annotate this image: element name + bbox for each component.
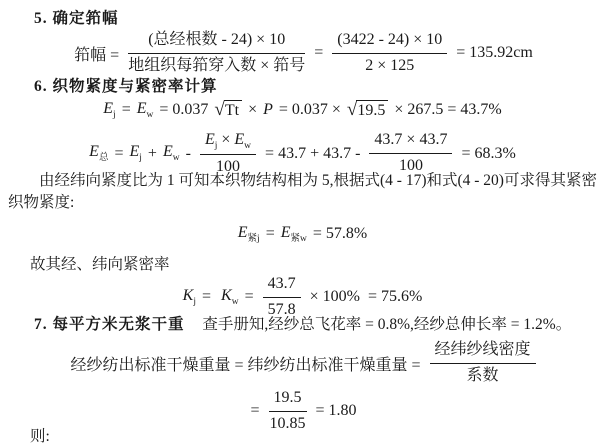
dry-weight-lhs: 经纱纺出标准干燥重量 = 纬纱纺出标准干燥重量 = (70, 352, 420, 375)
variable-K: K (221, 287, 232, 304)
paragraph-line1: 由经纬向紧度比为 1 可知本织物结构相为 5,根据式(4 - 17)和式(4 -… (39, 172, 597, 189)
structure-phase-paragraph: 由经纬向紧度比为 1 可知本织物结构相为 5,根据式(4 - 17)和式(4 -… (8, 170, 603, 214)
equals-sign: = (202, 288, 211, 306)
denominator: 10.85 (269, 412, 307, 435)
sqrt-Tt: √Tt (214, 100, 242, 120)
times-sign: × (248, 101, 257, 119)
variable-E: E (234, 131, 244, 148)
subscript-w: w (173, 154, 180, 164)
reed-width-symbolic-fraction: (总经根数 - 24) × 10 地组织每筘穿入数 × 筘号 (128, 30, 305, 77)
compactness-label: 故其经、纬向紧密率 (30, 252, 170, 274)
term-Kj: Kj (183, 287, 196, 308)
numerator: 43.7 × 43.7 (369, 130, 452, 154)
equals-sign: = (245, 288, 254, 306)
density-fraction: 经纬纱线密度 系数 (430, 340, 536, 387)
numerator: 43.7 (263, 274, 301, 298)
variable-E: E (89, 143, 99, 160)
subscript-j: j (113, 110, 116, 120)
compact-tightness-formula: E紧j = E紧w = 57.8% (0, 224, 607, 245)
denominator: 2 × 125 (332, 54, 447, 77)
tightness-formula: Ej = Ew = 0.037 √Tt × P = 0.037 × √19.5 … (0, 100, 607, 121)
equals-sign: = (114, 145, 123, 163)
term-Ew: Ew (137, 100, 154, 121)
coefficient: = 0.037 (159, 101, 208, 119)
term-Ezong: E总 (89, 143, 108, 164)
subscript-w: w (147, 110, 154, 120)
section7-intro: 查手册知,经纱总飞花率 = 0.8%,经纱总伸长率 = 1.2%。 (202, 316, 571, 333)
subscript-jin-w: 紧w (291, 234, 307, 244)
numeric-fraction: 19.5 10.85 (269, 388, 307, 435)
subscript-j: j (139, 154, 142, 164)
minus-sign: - (186, 145, 191, 163)
numeric-middle: = 43.7 + 43.7 - (265, 145, 360, 163)
times-sign: × (217, 131, 234, 148)
variable-E: E (130, 143, 140, 160)
subscript-jin-j: 紧j (248, 234, 260, 244)
reed-width-numeric-fraction: (3422 - 24) × 10 2 × 125 (332, 30, 447, 77)
variable-E: E (163, 143, 173, 160)
compact-result: = 57.8% (313, 225, 367, 243)
numerator: Ej × Ew (200, 130, 256, 155)
dry-weight-formula: 经纱纺出标准干燥重量 = 纬纱纺出标准干燥重量 = 经纬纱线密度 系数 (0, 340, 607, 387)
radicand: Tt (224, 100, 242, 120)
paragraph-line2: 织物紧度: (8, 194, 74, 211)
plus-sign: + (148, 145, 157, 163)
numerator: (3422 - 24) × 10 (332, 30, 447, 54)
variable-E: E (238, 224, 248, 241)
numerator: 19.5 (269, 388, 307, 412)
section6-heading: 6. 织物紧度与紧密率计算 (34, 74, 218, 96)
reed-width-lhs: 筘幅 = (74, 42, 119, 65)
denominator: 系数 (430, 364, 536, 387)
section7-heading: 7. 每平方米无浆干重 (34, 316, 185, 333)
numerator: 经纬纱线密度 (430, 340, 536, 364)
dry-weight-calculation: = 19.5 10.85 = 1.80 (0, 388, 607, 435)
variable-E: E (137, 100, 147, 117)
section7-line: 7. 每平方米无浆干重 查手册知,经纱总飞花率 = 0.8%,经纱总伸长率 = … (34, 312, 571, 334)
equals-sign: = (122, 101, 131, 119)
variable-E: E (281, 224, 291, 241)
then-label: 则: (30, 424, 50, 446)
total-tightness-result: = 68.3% (461, 145, 515, 163)
term-Ew: Ew (163, 143, 180, 164)
term-Kw: Kw (221, 287, 239, 308)
term-Ej: Ej (130, 143, 142, 164)
subscript-w: w (232, 297, 239, 307)
equals-sign: = (314, 44, 323, 62)
ratio-result: = 75.6% (368, 288, 422, 306)
variable-E: E (205, 131, 215, 148)
scanned-textbook-page: 5. 确定筘幅 筘幅 = (总经根数 - 24) × 10 地组织每筘穿入数 ×… (0, 0, 607, 446)
variable-E: E (103, 100, 113, 117)
reed-width-result: = 135.92cm (456, 44, 533, 62)
equals-sign: = (250, 402, 259, 420)
term-Ej: Ej (103, 100, 115, 121)
term-E-jinj: E紧j (238, 224, 260, 245)
subscript-j: j (193, 297, 196, 307)
variable-P: P (263, 101, 273, 119)
tightness-result: × 267.5 = 43.7% (394, 101, 501, 119)
numeric-part: = 0.037 × (279, 101, 341, 119)
section5-heading: 5. 确定筘幅 (34, 6, 119, 28)
variable-K: K (183, 287, 194, 304)
calculation-result: = 1.80 (316, 402, 357, 420)
numerator: (总经根数 - 24) × 10 (128, 30, 305, 54)
subscript-w: w (244, 141, 251, 151)
percent-multiplier: × 100% (310, 288, 360, 306)
equals-sign: = (266, 225, 275, 243)
term-E-jinw: E紧w (281, 224, 307, 245)
subscript-zong: 总 (99, 154, 109, 164)
reed-width-formula: 筘幅 = (总经根数 - 24) × 10 地组织每筘穿入数 × 筘号 = (3… (0, 30, 607, 77)
sqrt-19-5: √19.5 (347, 100, 388, 120)
radicand: 19.5 (356, 100, 388, 120)
